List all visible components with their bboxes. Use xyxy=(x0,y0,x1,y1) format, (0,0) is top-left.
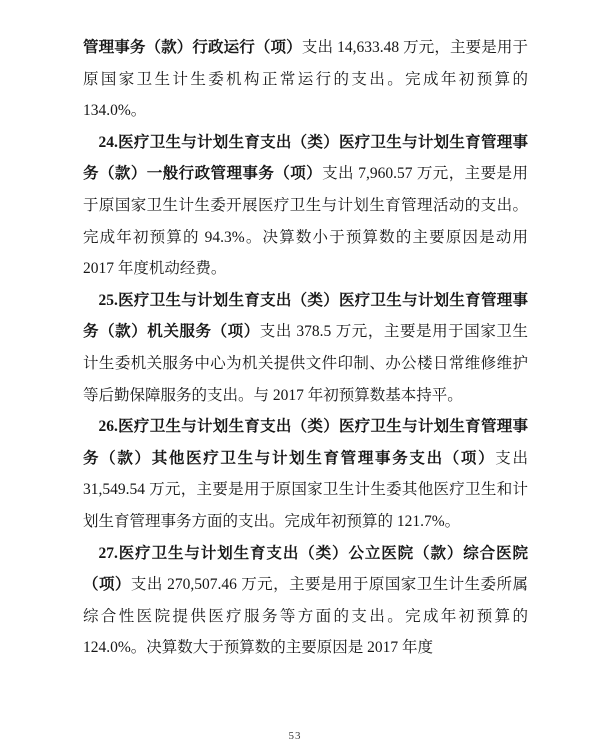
document-page: 管理事务（款）行政运行（项）支出 14,633.48 万元，主要是用于原国家卫生… xyxy=(0,0,590,755)
paragraph-item-24: 24.医疗卫生与计划生育支出（类）医疗卫生与计划生育管理事务（款）一般行政管理事… xyxy=(83,127,528,285)
paragraph-item-26: 26.医疗卫生与计划生育支出（类）医疗卫生与计划生育管理事务（款）其他医疗卫生与… xyxy=(83,411,528,537)
paragraph-item-23-continuation: 管理事务（款）行政运行（项）支出 14,633.48 万元，主要是用于原国家卫生… xyxy=(83,32,528,127)
paragraph-item-27: 27.医疗卫生与计划生育支出（类）公立医院（款）综合医院（项）支出 270,50… xyxy=(83,538,528,664)
document-body: 管理事务（款）行政运行（项）支出 14,633.48 万元，主要是用于原国家卫生… xyxy=(83,32,528,664)
paragraph-heading: 管理事务（款）行政运行（项） xyxy=(83,39,302,56)
paragraph-heading: 26.医疗卫生与计划生育支出（类）医疗卫生与计划生育管理事务（款）其他医疗卫生与… xyxy=(83,418,528,467)
page-number: 53 xyxy=(0,730,590,742)
paragraph-text: 支出 270,507.46 万元，主要是用于原国家卫生计生委所属综合性医院提供医… xyxy=(83,576,528,656)
paragraph-item-25: 25.医疗卫生与计划生育支出（类）医疗卫生与计划生育管理事务（款）机关服务（项）… xyxy=(83,285,528,411)
